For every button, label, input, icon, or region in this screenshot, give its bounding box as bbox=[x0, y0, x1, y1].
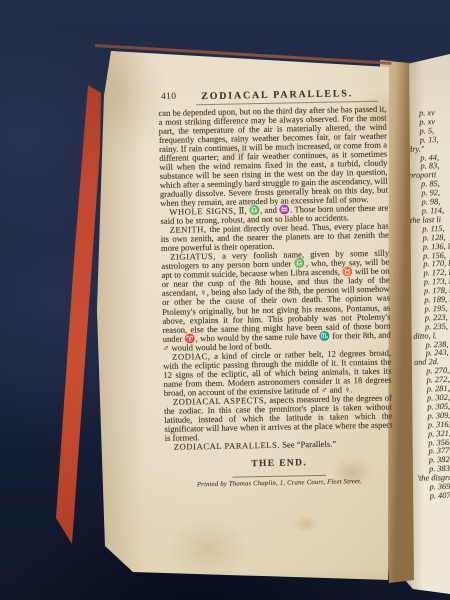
paragraph-text: a very foolish name, given by some silly… bbox=[161, 248, 391, 353]
the-end-label: THE END. bbox=[165, 456, 393, 471]
paragraph-text: can be depended upon, but on the third d… bbox=[158, 103, 388, 208]
body-paragraph: ZODIACAL PARALLELS. See “Parallels.” bbox=[165, 439, 393, 452]
errata-line: p. 407, l. 3 bbox=[415, 491, 450, 502]
body-paragraph: ZODIACAL ASPECTS, aspects measured by th… bbox=[164, 394, 393, 444]
page-number: 410 bbox=[161, 92, 177, 102]
body-paragraph: ZIGIATUS, a very foolish name, given by … bbox=[161, 249, 391, 353]
book-photo: p. xvp. xvp. 5,p. 13,dry."p. 44,p. 83,pr… bbox=[0, 0, 450, 600]
imprint-rule bbox=[232, 475, 326, 478]
printed-text: 410 ZODIACAL PARALLELS. can be depended … bbox=[158, 88, 394, 489]
body-paragraph: ZODIAC, a kind of circle or rather belt,… bbox=[163, 348, 392, 398]
paragraph-lead: ZODIACAL PARALLELS. bbox=[174, 440, 280, 452]
body-text: can be depended upon, but on the third d… bbox=[158, 104, 393, 452]
paragraph-text: See “Parallels.” bbox=[280, 439, 336, 450]
body-paragraph: can be depended upon, but on the third d… bbox=[158, 104, 388, 208]
